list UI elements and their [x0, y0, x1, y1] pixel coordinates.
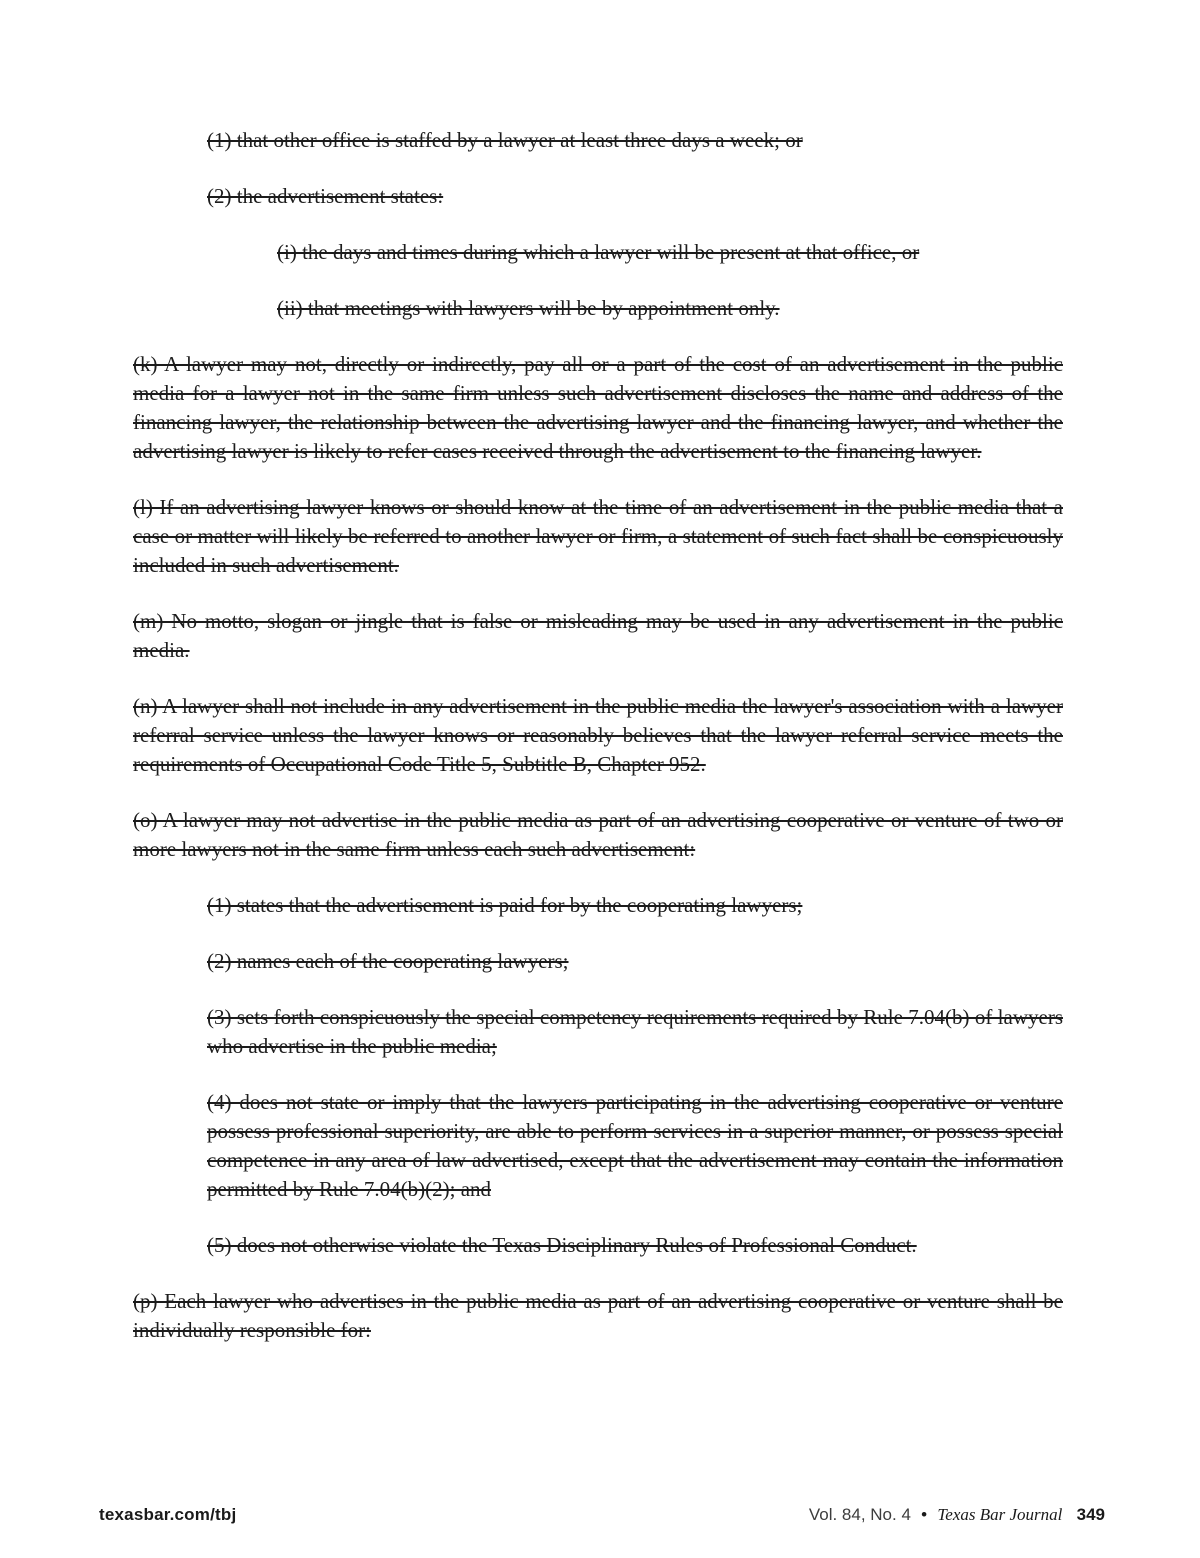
page-footer: texasbar.com/tbj Vol. 84, No. 4 • Texas … — [99, 1505, 1105, 1525]
paragraph: (l) If an advertising lawyer knows or sh… — [133, 493, 1063, 580]
paragraph: (5) does not otherwise violate the Texas… — [207, 1231, 1063, 1260]
bullet-separator-icon: • — [921, 1505, 927, 1524]
footer-volume: Vol. 84, No. 4 — [809, 1505, 911, 1524]
paragraph: (o) A lawyer may not advertise in the pu… — [133, 806, 1063, 864]
paragraph: (k) A lawyer may not, directly or indire… — [133, 350, 1063, 466]
document-page: (1) that other office is staffed by a la… — [0, 0, 1200, 1558]
paragraph: (2) the advertisement states: — [207, 182, 1063, 211]
paragraph: (3) sets forth conspicuously the special… — [207, 1003, 1063, 1061]
paragraph: (i) the days and times during which a la… — [277, 238, 1063, 267]
footer-site-url: texasbar.com/tbj — [99, 1505, 236, 1525]
paragraph: (ii) that meetings with lawyers will be … — [277, 294, 1063, 323]
paragraph: (m) No motto, slogan or jingle that is f… — [133, 607, 1063, 665]
footer-journal-title: Texas Bar Journal — [937, 1505, 1062, 1524]
paragraph: (1) states that the advertisement is pai… — [207, 891, 1063, 920]
footer-page-number: 349 — [1077, 1505, 1105, 1524]
footer-issue-info: Vol. 84, No. 4 • Texas Bar Journal 349 — [809, 1505, 1105, 1525]
paragraph: (n) A lawyer shall not include in any ad… — [133, 692, 1063, 779]
paragraph: (1) that other office is staffed by a la… — [207, 126, 1063, 155]
paragraph: (4) does not state or imply that the law… — [207, 1088, 1063, 1204]
document-body: (1) that other office is staffed by a la… — [133, 126, 1063, 1372]
paragraph: (p) Each lawyer who advertises in the pu… — [133, 1287, 1063, 1345]
paragraph: (2) names each of the cooperating lawyer… — [207, 947, 1063, 976]
